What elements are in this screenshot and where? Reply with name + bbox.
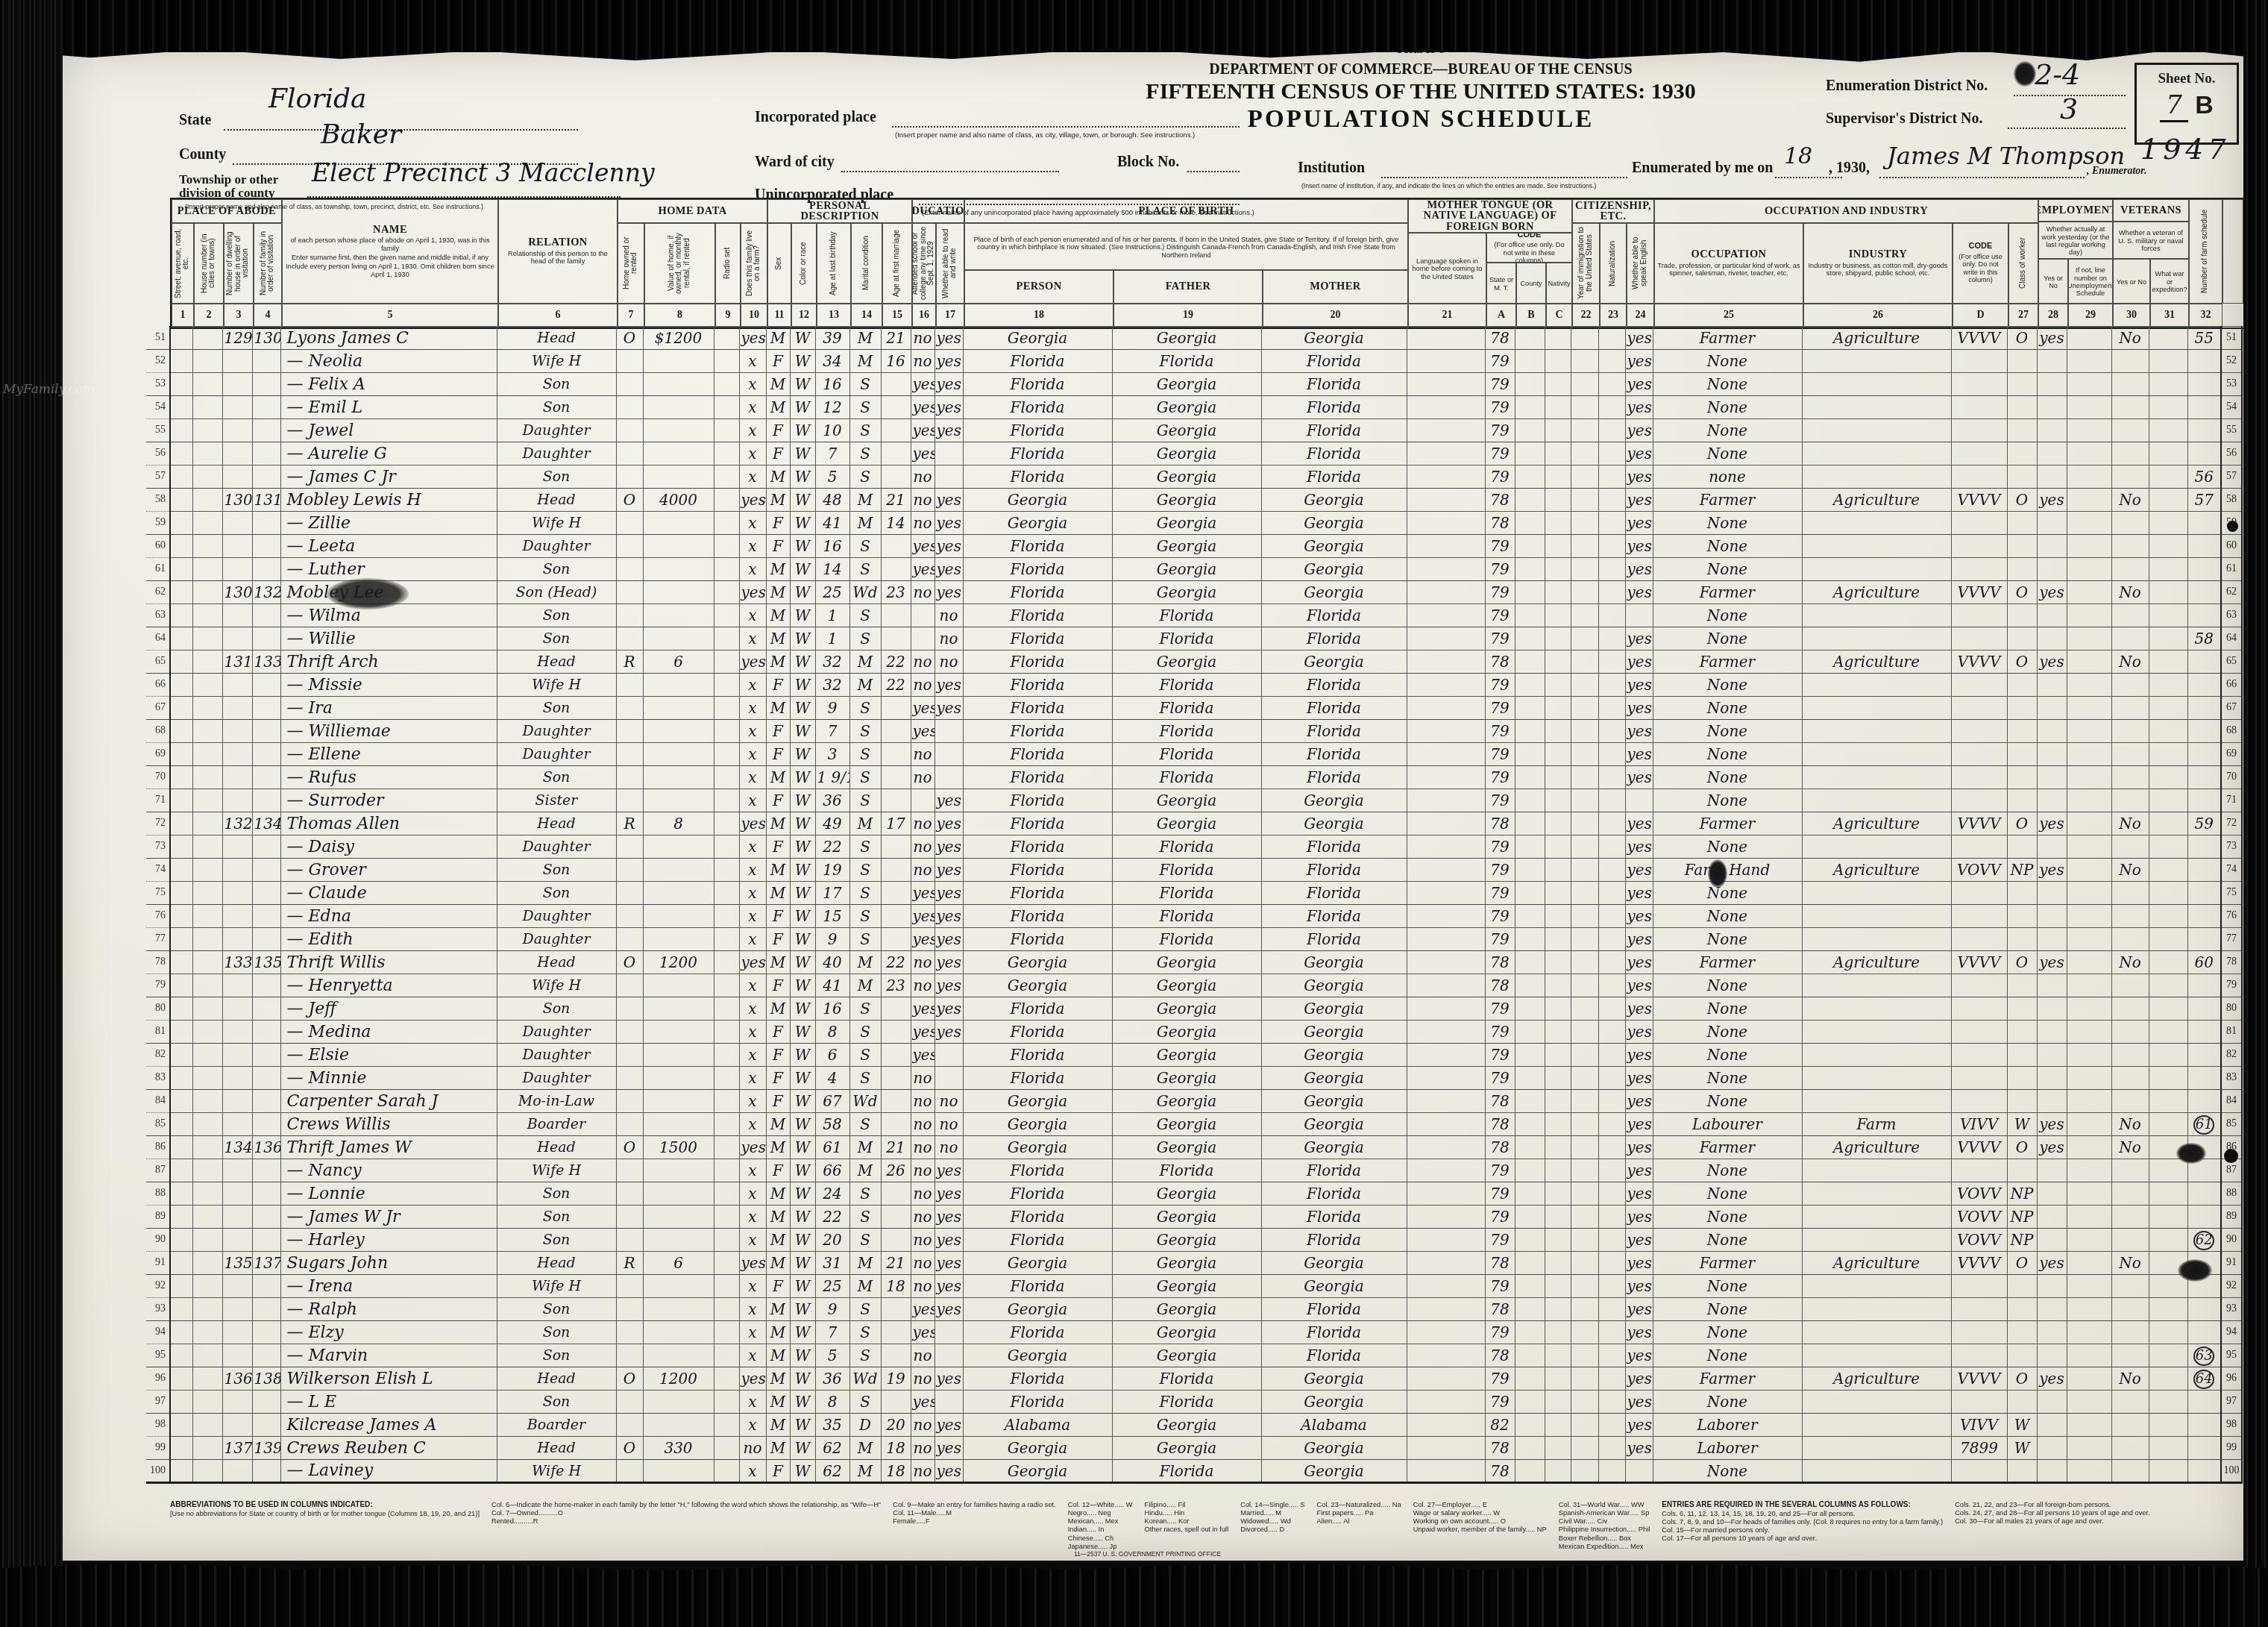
column-header: House number (in cities or towns) [194,223,224,304]
cell-78-house [192,951,222,974]
cell-51-unemp [2067,327,2111,350]
cell-77-natur [1598,928,1625,951]
cell-71-codeD [1951,789,2007,812]
cell-69-immig [1571,743,1598,766]
cell-60-pobf: Georgia [1112,535,1261,558]
cell-76-race: W [790,905,815,928]
cell-97-age: 8 [815,1391,849,1414]
cell-75-race: W [790,882,815,905]
cell-78-dwelling: 133 [222,951,252,974]
cell-66-codeB [1515,674,1545,697]
cell-76-work [2037,905,2067,928]
cell-87-sex: F [766,1159,790,1182]
cell-66-marital: M [849,674,881,697]
cell-72-codeB [1515,812,1545,836]
cell-52-occupation: None [1653,350,1802,373]
cell-56-school: yes [911,442,934,465]
cell-60-relation: Daughter [497,535,616,558]
cell-62-street [170,581,192,604]
cell-97-dwelling [222,1391,252,1414]
cell-71-relation: Sister [497,789,616,812]
cell-74-farm: x [739,859,766,882]
cell-88-pobf: Georgia [1112,1182,1261,1206]
cell-74-agemar [881,859,911,882]
cell-69-relation: Daughter [497,743,616,766]
cell-62-house [192,581,222,604]
cell-88-pobm: Florida [1261,1182,1407,1206]
cell-87-radio [714,1159,739,1182]
cell-68-sex: F [766,720,790,743]
cell-62-codeC [1545,581,1571,604]
cell-79-pobf: Georgia [1112,974,1261,997]
cell-95-school: no [911,1344,934,1367]
cell-98-marital: D [849,1414,881,1437]
cell-72-industry: Agriculture [1802,812,1951,836]
cell-53-farm: x [739,373,766,396]
cell-92-marital: M [849,1275,881,1298]
cell-57-vet [2111,465,2149,489]
cell-78-farmsched: 60 [2187,951,2221,974]
cell-51-marital: M [849,327,881,350]
row-number-right: 75 [2221,882,2242,905]
cell-57-industry [1802,465,1951,489]
cell-77-english: yes [1625,928,1653,951]
cell-64-war [2149,627,2187,651]
cell-82-farm: x [739,1044,766,1067]
cell-71-farmsched [2187,789,2221,812]
row-number-right: 96 [2221,1367,2242,1391]
row-number-left: 52 [146,350,170,373]
cell-93-codeA: 78 [1485,1298,1515,1321]
cell-97-work [2037,1391,2067,1414]
cell-76-relation: Daughter [497,905,616,928]
cell-66-readwrite: yes [934,674,963,697]
cell-98-street [170,1414,192,1437]
cell-69-natur [1598,743,1625,766]
cell-57-name: — James C Jr [280,465,497,489]
cell-95-unemp [2067,1344,2111,1367]
row-number-left: 73 [146,836,170,859]
cell-87-lang [1407,1159,1485,1182]
row-number-right: 63 [2221,604,2242,627]
cell-95-dwelling [222,1344,252,1367]
cell-85-codeB [1515,1113,1545,1136]
abbreviations-footer: ABBREVIATIONS TO BE USED IN COLUMNS INDI… [170,1501,2243,1551]
cell-70-school: no [911,766,934,789]
cell-94-codeB [1515,1321,1545,1344]
cell-67-codeC [1545,697,1571,720]
row-number-left: 93 [146,1298,170,1321]
cell-69-marital: S [849,743,881,766]
cell-56-family [252,442,280,465]
cell-80-work [2037,997,2067,1021]
cell-78-codeD: VVVV [1951,951,2007,974]
cell-58-class: O [2007,489,2037,512]
cell-84-codeA: 78 [1485,1090,1515,1113]
cell-74-work: yes [2037,859,2067,882]
cell-79-readwrite: yes [934,974,963,997]
cell-59-agemar: 14 [881,512,911,535]
cell-99-farmsched [2187,1437,2221,1460]
cell-82-immig [1571,1044,1598,1067]
row-number-left: 51 [146,327,170,350]
cell-84-owned [616,1090,643,1113]
cell-83-codeB [1515,1067,1545,1090]
footer-block: Col. 12—White..... WNegro..... NegMexica… [1068,1501,1133,1551]
cell-51-codeD: VVVV [1951,327,2007,350]
cell-52-relation: Wife H [497,350,616,373]
cell-96-codeA: 79 [1485,1367,1515,1391]
cell-57-school: no [911,465,934,489]
row-number-left: 97 [146,1391,170,1414]
cell-58-natur [1598,489,1625,512]
cell-93-sex: M [766,1298,790,1321]
cell-55-school: yes [911,419,934,442]
cell-73-value [643,836,714,859]
column-number: B [1516,304,1546,327]
cell-94-agemar [881,1321,911,1344]
cell-99-lang [1407,1437,1485,1460]
cell-76-vet [2111,905,2149,928]
census-row-58: 58130131Mobley Lewis HHeadO4000yesMW48M2… [146,489,2242,512]
cell-56-farm: x [739,442,766,465]
column-number: 22 [1572,304,1600,327]
column-number: 3 [224,304,254,327]
cell-63-school [911,604,934,627]
cell-72-radio [714,812,739,836]
cell-61-vet [2111,558,2149,581]
cell-94-pobm: Florida [1261,1321,1407,1344]
cell-83-house [192,1067,222,1090]
cell-86-value: 1500 [643,1136,714,1159]
cell-58-dwelling: 130 [222,489,252,512]
cell-73-sex: F [766,836,790,859]
cell-86-school: no [911,1136,934,1159]
cell-71-owned [616,789,643,812]
cell-55-readwrite: yes [934,419,963,442]
column-header: PLACE OF BIRTH [964,199,1408,223]
cell-62-pobf: Georgia [1112,581,1261,604]
cell-93-codeD [1951,1298,2007,1321]
cell-90-readwrite: yes [934,1229,963,1252]
cell-51-sex: M [766,327,790,350]
cell-64-readwrite: no [934,627,963,651]
cell-99-occupation: Laborer [1653,1437,1802,1460]
cell-97-immig [1571,1391,1598,1414]
cell-67-codeD [1951,697,2007,720]
cell-77-war [2149,928,2187,951]
cell-62-age: 25 [815,581,849,604]
cell-84-radio [714,1090,739,1113]
cell-80-codeA: 79 [1485,997,1515,1021]
cell-81-name: — Medina [280,1021,497,1044]
cell-66-value [643,674,714,697]
cell-85-vet: No [2111,1113,2149,1136]
cell-74-relation: Son [497,859,616,882]
cell-53-unemp [2067,373,2111,396]
cell-88-house [192,1182,222,1206]
cell-54-readwrite: yes [934,396,963,419]
cell-87-codeC [1545,1159,1571,1182]
cell-98-radio [714,1414,739,1437]
cell-66-codeC [1545,674,1571,697]
column-header: Number of family in order of visitation [254,223,282,304]
cell-100-name: — Laviney [280,1460,497,1483]
cell-95-codeD [1951,1344,2007,1367]
cell-66-natur [1598,674,1625,697]
cell-58-house [192,489,222,512]
cell-85-codeC [1545,1113,1571,1136]
cell-78-industry: Agriculture [1802,951,1951,974]
cell-71-vet [2111,789,2149,812]
cell-56-farmsched [2187,442,2221,465]
cell-82-marital: S [849,1044,881,1067]
cell-99-family: 139 [252,1437,280,1460]
cell-63-codeA: 79 [1485,604,1515,627]
cell-65-english: yes [1625,651,1653,674]
cell-83-industry [1802,1067,1951,1090]
cell-76-dwelling [222,905,252,928]
census-row-70: 70— RufusSonxMW1 9/12SnoFloridaFloridaFl… [146,766,2242,789]
cell-85-immig [1571,1113,1598,1136]
cell-69-pobf: Florida [1112,743,1261,766]
cell-71-house [192,789,222,812]
cell-71-war [2149,789,2187,812]
cell-82-house [192,1044,222,1067]
cell-83-agemar [881,1067,911,1090]
cell-99-codeC [1545,1437,1571,1460]
cell-58-agemar: 21 [881,489,911,512]
cell-86-immig [1571,1136,1598,1159]
cell-81-pobf: Georgia [1112,1021,1261,1044]
cell-67-english: yes [1625,697,1653,720]
cell-87-dwelling [222,1159,252,1182]
cell-95-agemar [881,1344,911,1367]
cell-74-house [192,859,222,882]
cell-82-owned [616,1044,643,1067]
cell-97-war [2149,1391,2187,1414]
cell-79-farm: x [739,974,766,997]
cell-81-relation: Daughter [497,1021,616,1044]
cell-65-pob: Florida [963,651,1112,674]
cell-81-class [2007,1021,2037,1044]
cell-94-marital: S [849,1321,881,1344]
cell-55-immig [1571,419,1598,442]
cell-75-street [170,882,192,905]
cell-68-occupation: None [1653,720,1802,743]
cell-76-owned [616,905,643,928]
cell-91-street [170,1252,192,1275]
cell-68-codeA: 79 [1485,720,1515,743]
cell-82-codeB [1515,1044,1545,1067]
cell-78-codeB [1515,951,1545,974]
cell-92-codeD [1951,1275,2007,1298]
cell-96-readwrite: yes [934,1367,963,1391]
cell-70-name: — Rufus [280,766,497,789]
cell-75-vet [2111,882,2149,905]
cell-86-english: yes [1625,1136,1653,1159]
punch-hole-top [2227,521,2238,532]
cell-79-pob: Georgia [963,974,1112,997]
cell-85-pobm: Georgia [1261,1113,1407,1136]
cell-92-unemp [2067,1275,2111,1298]
cell-77-industry [1802,928,1951,951]
cell-69-codeA: 79 [1485,743,1515,766]
cell-60-marital: S [849,535,881,558]
cell-52-value [643,350,714,373]
cell-65-codeD: VVVV [1951,651,2007,674]
column-header: FATHER [1113,270,1263,304]
column-number: 14 [851,304,882,327]
cell-88-english: yes [1625,1182,1653,1206]
cell-81-vet [2111,1021,2149,1044]
cell-70-pob: Florida [963,766,1112,789]
cell-57-family [252,465,280,489]
row-number-right: 95 [2221,1344,2242,1367]
cell-63-vet [2111,604,2149,627]
ward-line [841,170,1059,172]
cell-90-sex: M [766,1229,790,1252]
cell-92-name: — Irena [280,1275,497,1298]
cell-53-sex: M [766,373,790,396]
cell-52-dwelling [222,350,252,373]
cell-86-marital: M [849,1136,881,1159]
cell-67-pobm: Florida [1261,697,1407,720]
cell-81-value [643,1021,714,1044]
cell-80-codeD [1951,997,2007,1021]
cell-56-occupation: None [1653,442,1802,465]
cell-64-occupation: None [1653,627,1802,651]
cell-73-lang [1407,836,1485,859]
cell-89-relation: Son [497,1206,616,1229]
cell-86-unemp [2067,1136,2111,1159]
cell-72-readwrite: yes [934,812,963,836]
cell-58-work: yes [2037,489,2067,512]
cell-99-school: no [911,1437,934,1460]
cell-58-relation: Head [497,489,616,512]
column-header: Age at first marriage [882,223,912,304]
cell-91-industry: Agriculture [1802,1252,1951,1275]
cell-100-pobm: Georgia [1261,1460,1407,1483]
cell-82-codeA: 79 [1485,1044,1515,1067]
cell-83-farm: x [739,1067,766,1090]
cell-99-natur [1598,1437,1625,1460]
cell-92-immig [1571,1275,1598,1298]
cell-56-name: — Aurelie G [280,442,497,465]
cell-56-industry [1802,442,1951,465]
census-row-60: 60— LeetaDaughterxFW16SyesyesFloridaGeor… [146,535,2242,558]
cell-65-farm: yes [739,651,766,674]
cell-79-unemp [2067,974,2111,997]
cell-97-family [252,1391,280,1414]
cell-74-pobm: Florida [1261,859,1407,882]
cell-63-occupation: None [1653,604,1802,627]
cell-51-readwrite: yes [934,327,963,350]
cell-64-class [2007,627,2037,651]
cell-100-industry [1802,1460,1951,1483]
cell-56-age: 7 [815,442,849,465]
cell-94-industry [1802,1321,1951,1344]
cell-58-vet: No [2111,489,2149,512]
cell-82-codeD [1951,1044,2007,1067]
cell-63-immig [1571,604,1598,627]
footer-block: Cols. 21, 22, and 23—For all foreign-bor… [1955,1501,2150,1551]
cell-89-race: W [790,1206,815,1229]
column-header: Naturalization [1600,223,1627,304]
cell-88-owned [616,1182,643,1206]
cell-100-age: 62 [815,1460,849,1483]
cell-82-relation: Daughter [497,1044,616,1067]
cell-92-sex: F [766,1275,790,1298]
cell-59-codeB [1515,512,1545,535]
institution-label: Institution [1298,160,1365,177]
cell-72-owned: R [616,812,643,836]
cell-58-lang [1407,489,1485,512]
cell-74-lang [1407,859,1485,882]
cell-65-name: Thrift Arch [280,651,497,674]
cell-75-house [192,882,222,905]
supervisor-district-label: Supervisor's District No. [1826,110,1983,128]
cell-73-readwrite: yes [934,836,963,859]
cell-95-lang [1407,1344,1485,1367]
cell-67-war [2149,697,2187,720]
cell-53-codeB [1515,373,1545,396]
cell-84-lang [1407,1090,1485,1113]
cell-89-pob: Florida [963,1206,1112,1229]
cell-68-street [170,720,192,743]
cell-64-house [192,627,222,651]
cell-72-war [2149,812,2187,836]
cell-71-dwelling [222,789,252,812]
cell-56-lang [1407,442,1485,465]
cell-70-natur [1598,766,1625,789]
cell-53-natur [1598,373,1625,396]
row-number-right: 72 [2221,812,2242,836]
cell-59-dwelling [222,512,252,535]
cell-90-agemar [881,1229,911,1252]
cell-97-street [170,1391,192,1414]
cell-58-owned: O [616,489,643,512]
cell-91-dwelling: 135 [222,1252,252,1275]
cell-53-school: yes [911,373,934,396]
column-header: Year of immigration to the United States [1572,223,1600,304]
cell-60-codeD [1951,535,2007,558]
column-number: A [1486,304,1516,327]
cell-82-english: yes [1625,1044,1653,1067]
cell-97-name: — L E [280,1391,497,1414]
cell-91-sex: M [766,1252,790,1275]
cell-58-immig [1571,489,1598,512]
cell-53-class [2007,373,2037,396]
cell-87-pobm: Florida [1261,1159,1407,1182]
column-number: 27 [2008,304,2038,327]
cell-65-race: W [790,651,815,674]
row-number-right: 79 [2221,974,2242,997]
cell-61-unemp [2067,558,2111,581]
print-code: 11—2537 U. S. GOVERNMENT PRINTING OFFICE [1074,1550,1221,1558]
cell-69-occupation: None [1653,743,1802,766]
cell-60-english: yes [1625,535,1653,558]
cell-60-race: W [790,535,815,558]
cell-89-codeD: VOVV [1951,1206,2007,1229]
cell-96-radio [714,1367,739,1391]
cell-94-age: 7 [815,1321,849,1344]
cell-84-english: yes [1625,1090,1653,1113]
cell-77-school: yes [911,928,934,951]
cell-75-radio [714,882,739,905]
cell-85-class: W [2007,1113,2037,1136]
cell-72-lang [1407,812,1485,836]
